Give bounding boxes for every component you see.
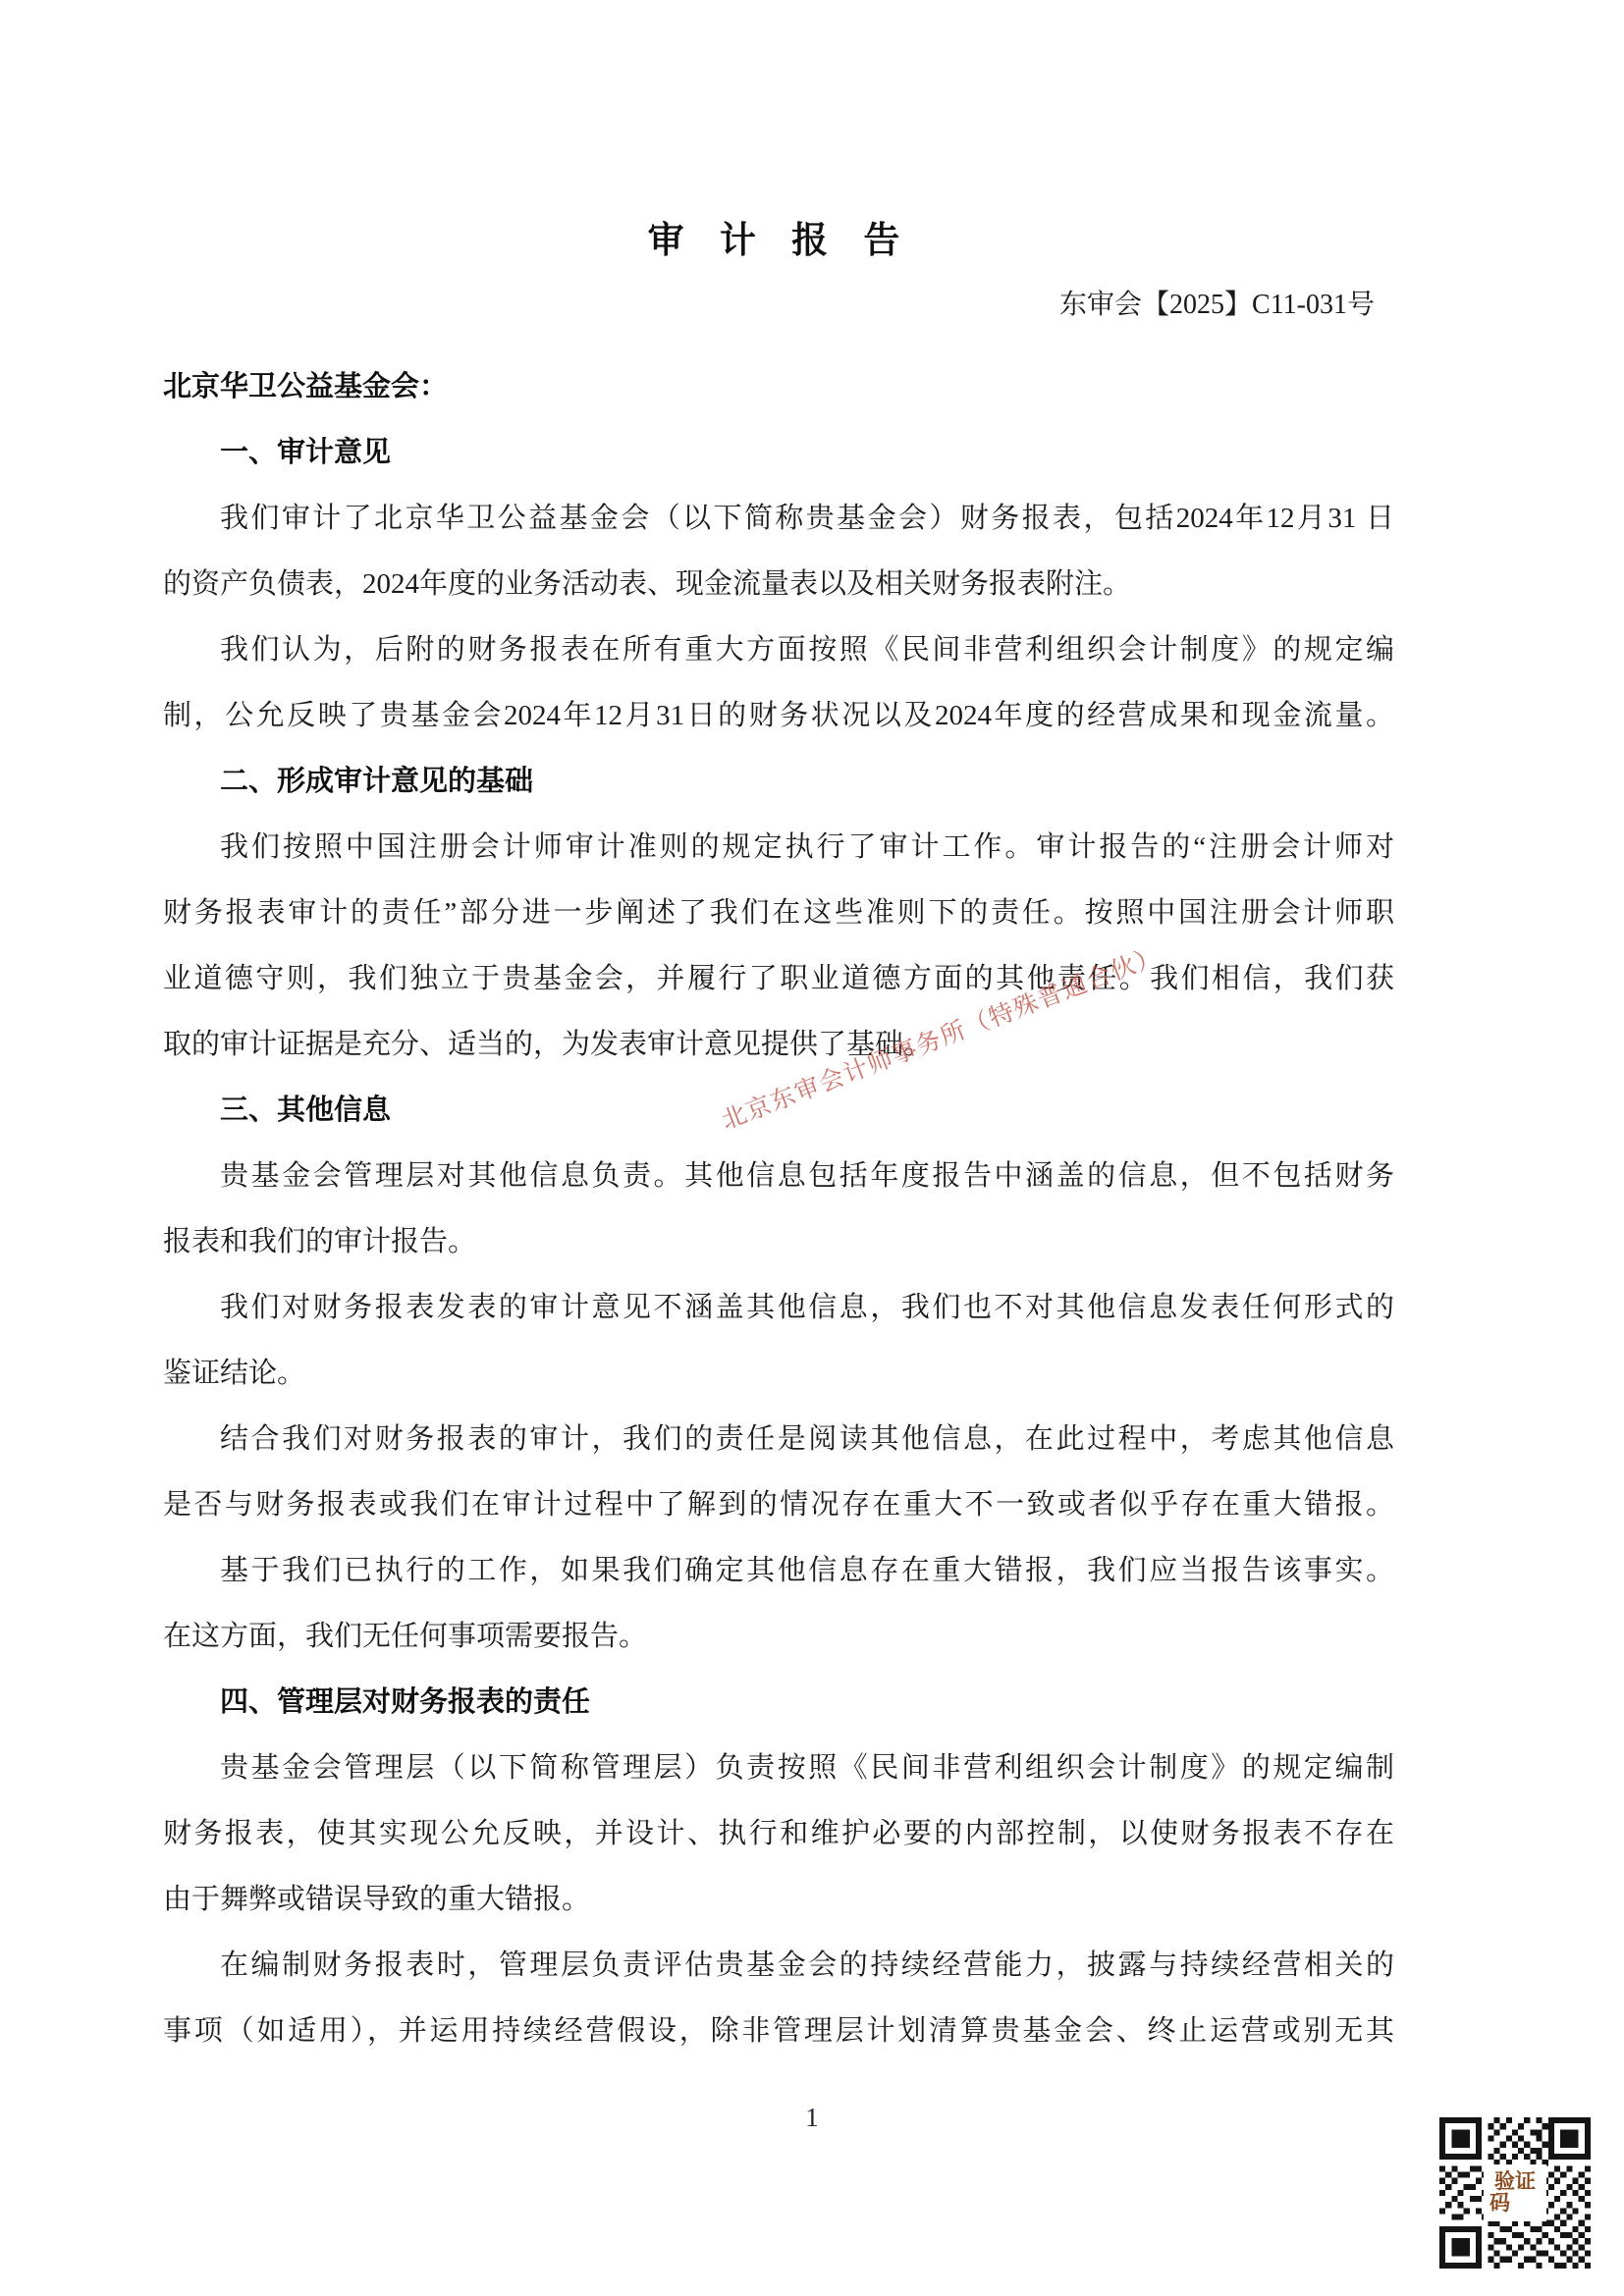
section-heading-1: 一、审计意见 bbox=[163, 420, 1394, 486]
paragraph-line: 由于舞弊或错误导致的重大错报。 bbox=[163, 1867, 1394, 1933]
paragraph-line: 在编制财务报表时，管理层负责评估贵基金会的持续经营能力，披露与持续经营相关的 bbox=[163, 1933, 1394, 1999]
paragraph-line: 事项（如适用），并运用持续经营假设，除非管理层计划清算贵基金会、终止运营或别无其 bbox=[163, 1999, 1394, 2064]
paragraph-line: 是否与财务报表或我们在审计过程中了解到的情况存在重大不一致或者似乎存在重大错报。 bbox=[163, 1472, 1394, 1538]
paragraph-line: 结合我们对财务报表的审计，我们的责任是阅读其他信息，在此过程中，考虑其他信息 bbox=[163, 1407, 1394, 1472]
paragraph-line: 基于我们已执行的工作，如果我们确定其他信息存在重大错报，我们应当报告该事实。 bbox=[163, 1538, 1394, 1604]
addressee: 北京华卫公益基金会： bbox=[163, 354, 1394, 420]
paragraph-line: 制，公允反映了贵基金会2024年12月31日的财务状况以及2024年度的经营成果… bbox=[163, 683, 1394, 749]
qr-label-line1: 验证 bbox=[1494, 2171, 1536, 2193]
paragraph-line: 我们审计了北京华卫公益基金会（以下简称贵基金会）财务报表，包括2024年12月3… bbox=[163, 486, 1394, 552]
paragraph-line: 业道德守则，我们独立于贵基金会，并履行了职业道德方面的其他责任。我们相信，我们获 bbox=[163, 946, 1394, 1012]
document-body: 北京华卫公益基金会： 一、审计意见 我们审计了北京华卫公益基金会（以下简称贵基金… bbox=[163, 354, 1394, 2064]
paragraph-line: 报表和我们的审计报告。 bbox=[163, 1209, 1394, 1275]
paragraph-line: 贵基金会管理层对其他信息负责。其他信息包括年度报告中涵盖的信息，但不包括财务 bbox=[163, 1144, 1394, 1209]
document-number: 东审会【2025】C11-031号 bbox=[163, 286, 1394, 325]
document-content: 审 计 报 告 东审会【2025】C11-031号 北京华卫公益基金会： 一、审… bbox=[163, 0, 1394, 2064]
paragraph-line: 财务报表，使其实现公允反映，并设计、执行和维护必要的内部控制，以使财务报表不存在 bbox=[163, 1801, 1394, 1867]
paragraph-line: 的资产负债表，2024年度的业务活动表、现金流量表以及相关财务报表附注。 bbox=[163, 552, 1394, 617]
section-heading-3: 三、其他信息 bbox=[163, 1078, 1394, 1144]
paragraph-line: 在这方面，我们无任何事项需要报告。 bbox=[163, 1604, 1394, 1670]
qr-center-label: 验证 码 bbox=[1484, 2164, 1546, 2221]
paragraph-line: 我们认为，后附的财务报表在所有重大方面按照《民间非营利组织会计制度》的规定编 bbox=[163, 617, 1394, 683]
section-heading-4: 四、管理层对财务报表的责任 bbox=[163, 1670, 1394, 1735]
paragraph-line: 鉴证结论。 bbox=[163, 1341, 1394, 1407]
paragraph-line: 财务报表审计的责任”部分进一步阐述了我们在这些准则下的责任。按照中国注册会计师职 bbox=[163, 881, 1394, 946]
audit-report-page: 审 计 报 告 东审会【2025】C11-031号 北京华卫公益基金会： 一、审… bbox=[0, 0, 1624, 2296]
qr-label-line2: 码 bbox=[1484, 2193, 1510, 2215]
paragraph-line: 我们对财务报表发表的审计意见不涵盖其他信息，我们也不对其他信息发表任何形式的 bbox=[163, 1275, 1394, 1341]
section-heading-2: 二、形成审计意见的基础 bbox=[163, 749, 1394, 815]
page-number: 1 bbox=[0, 2103, 1624, 2133]
paragraph-line: 贵基金会管理层（以下简称管理层）负责按照《民间非营利组织会计制度》的规定编制 bbox=[163, 1735, 1394, 1801]
paragraph-line: 我们按照中国注册会计师审计准则的规定执行了审计工作。审计报告的“注册会计师对 bbox=[163, 815, 1394, 881]
paragraph-line: 取的审计证据是充分、适当的，为发表审计意见提供了基础。 bbox=[163, 1012, 1394, 1078]
verification-qr-code: 验证 码 bbox=[1439, 2117, 1591, 2269]
page-title: 审 计 报 告 bbox=[163, 219, 1394, 262]
